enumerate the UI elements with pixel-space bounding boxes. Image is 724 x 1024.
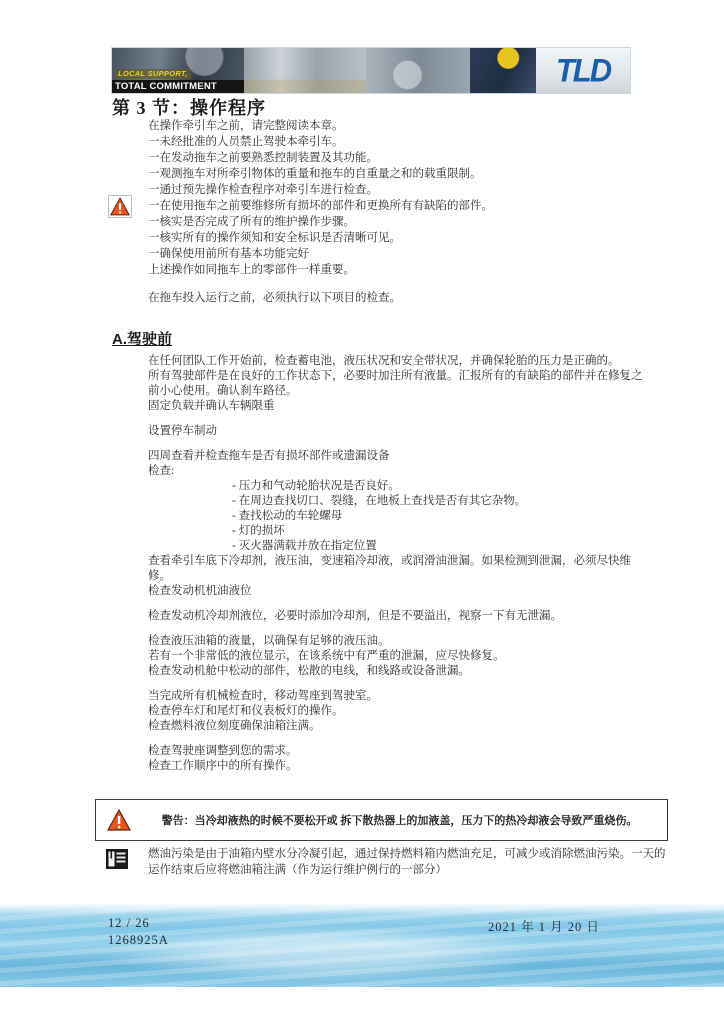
text-line: 一观测拖车对所牵引物体的重量和拖车的自重量之和的载重限制。	[148, 166, 648, 182]
text-line: 一在发动拖车之前要熟悉控制装置及其功能。	[148, 150, 648, 166]
text-line: - 灯的损坏	[148, 524, 668, 539]
page-number: 12 / 26	[108, 915, 169, 932]
text-line: 修。	[148, 569, 668, 584]
text-line: 在操作牵引车之前，请完整阅读本章。	[148, 118, 648, 134]
text-line: 前小心使用。确认刹车路径。	[148, 384, 668, 399]
footer-water-image: 12 / 26 1268925A 2021 年 1 月 20 日	[0, 903, 724, 987]
warning-box: 警告：当冷却液热的时候不要松开或 拆下散热器上的加液盖，压力下的热冷却液会导致严…	[95, 799, 668, 841]
note-row: 燃油污染是由于油箱内壁水分冷凝引起，通过保持燃料箱内燃油充足，可减少或消除燃油污…	[105, 846, 668, 878]
text-line: 一核实是否完成了所有的维护操作步骤。	[148, 214, 648, 230]
banner-photo-worker	[470, 48, 536, 93]
document-page: LOCAL SUPPORT, TOTAL COMMITMENT TLD 第 3 …	[0, 0, 724, 1024]
text-line: 检查燃料液位刻度确保油箱注满。	[148, 719, 668, 734]
text-line: - 查找松动的车轮螺母	[148, 509, 668, 524]
text-line: 一确保使用前所有基本功能完好	[148, 246, 648, 262]
warning-box-triangle-icon	[106, 808, 132, 832]
text-line: - 灭火器满载并放在指定位置	[148, 539, 668, 554]
text-line	[148, 599, 668, 609]
warning-triangle-glyph	[107, 809, 131, 831]
text-line: 所有驾驶部件是在良好的工作状态下，必要时加注所有液量。汇报所有的有缺陷的部件并在…	[148, 369, 668, 384]
note-text: 燃油污染是由于油箱内壁水分冷凝引起，通过保持燃料箱内燃油充足，可减少或消除燃油污…	[148, 846, 668, 878]
section-a-paragraphs: 在任何团队工作开始前，检查蓄电池，液压状况和安全带状况，并确保轮胎的压力是正确的…	[148, 354, 668, 774]
text-line	[148, 679, 668, 689]
text-line: 一在使用拖车之前要维修所有损坏的部件和更换所有有缺陷的部件。	[148, 198, 648, 214]
text-line: 检查发动机机油液位	[148, 584, 668, 599]
text-line: 检查:	[148, 464, 668, 479]
text-line: 检查发动机冷却剂液位，必要时添加冷却剂，但是不要溢出，视察一下有无泄漏。	[148, 609, 668, 624]
text-line: 检查停车灯和尾灯和仪表板灯的操作。	[148, 704, 668, 719]
text-line: 查看牵引车底下冷却剂，液压油，变速箱冷却液，或润滑油泄漏。如果检测到泄漏，必须尽…	[148, 554, 668, 569]
text-line: 检查驾驶座调整到您的需求。	[148, 744, 668, 759]
text-line: 上述操作如同拖车上的零部件一样重要。	[148, 262, 648, 278]
header-banner: LOCAL SUPPORT, TOTAL COMMITMENT TLD	[112, 48, 630, 93]
intro-paragraph: 在操作牵引车之前，请完整阅读本章。一未经批准的人员禁止驾驶本牵引车。一在发动拖车…	[148, 118, 648, 306]
text-line	[148, 439, 668, 449]
text-line: 若有一个非常低的液位显示，在该系统中有严重的泄漏，应尽快修复。	[148, 649, 668, 664]
text-line: 四周查看并检查拖车是否有损坏部件或遗漏设备	[148, 449, 668, 464]
text-line: 一核实所有的操作须知和安全标识是否清晰可见。	[148, 230, 648, 246]
text-line: 固定负载并确认车辆限重	[148, 399, 668, 414]
text-line	[148, 414, 668, 424]
text-line: 设置停车制动	[148, 424, 668, 439]
document-number: 1268925A	[108, 932, 169, 949]
note-icon	[105, 848, 129, 870]
text-line: 一未经批准的人员禁止驾驶本牵引车。	[148, 134, 648, 150]
banner-logo-area: TLD	[536, 48, 630, 93]
text-line: 检查工作顺序中的所有操作。	[148, 759, 668, 774]
text-line	[148, 624, 668, 634]
text-line: - 压力和气动轮胎状况是否良好。	[148, 479, 668, 494]
banner-photo-lift	[366, 48, 470, 93]
footer-page-info: 12 / 26 1268925A	[108, 915, 169, 949]
text-line: 在任何团队工作开始前，检查蓄电池，液压状况和安全带状况，并确保轮胎的压力是正确的…	[148, 354, 668, 369]
tld-logo: TLD	[556, 52, 610, 90]
warning-triangle-glyph	[110, 197, 130, 216]
text-line: 检查液压油箱的液量，以确保有足够的液压油。	[148, 634, 668, 649]
footer-date: 2021 年 1 月 20 日	[488, 917, 600, 935]
text-line: 一通过预先操作检查程序对牵引车进行检查。	[148, 182, 648, 198]
text-line: 检查发动机舱中松动的部件，松散的电线，和线路或设备泄漏。	[148, 664, 668, 679]
total-commitment-label: TOTAL COMMITMENT	[112, 80, 244, 93]
banner-photo-airport: LOCAL SUPPORT, TOTAL COMMITMENT	[112, 48, 244, 93]
text-line: 当完成所有机械检查时，移动驾座到驾驶室。	[148, 689, 668, 704]
text-line: 在拖车投入运行之前，必须执行以下项目的检查。	[148, 290, 648, 306]
section-a-heading: A.驾驶前	[112, 328, 172, 349]
text-line	[148, 734, 668, 744]
warning-box-text: 警告：当冷却液热的时候不要松开或 拆下散热器上的加液盖，压力下的热冷却液会导致严…	[132, 812, 667, 828]
text-line	[148, 278, 648, 290]
banner-photo-equipment	[244, 48, 366, 93]
warning-triangle-icon	[108, 195, 132, 218]
page-title: 第 3 节：操作程序	[112, 94, 266, 120]
text-line: - 在周边查找切口、裂缝，在地板上查找是否有其它杂物。	[148, 494, 668, 509]
local-support-label: LOCAL SUPPORT,	[115, 69, 191, 79]
